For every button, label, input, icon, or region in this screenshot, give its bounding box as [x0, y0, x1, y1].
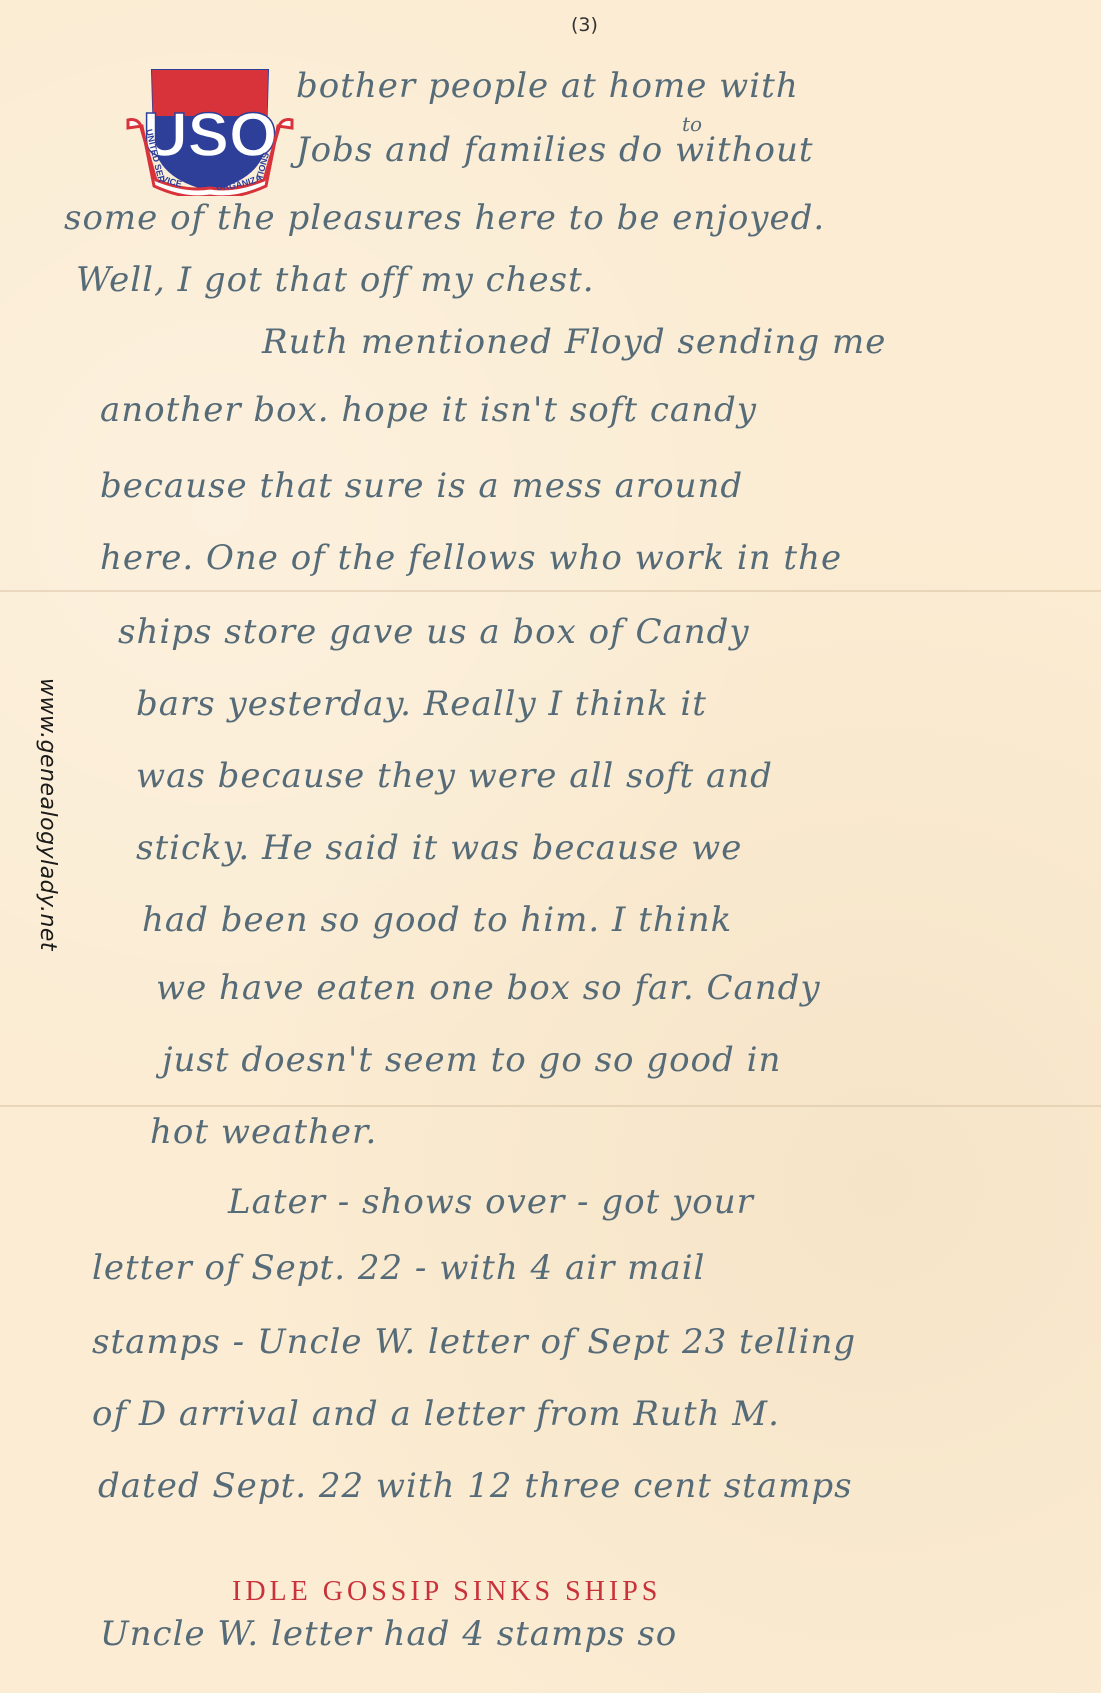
handwritten-line: some of the pleasures here to be enjoyed… [64, 198, 825, 238]
handwritten-line: Ruth mentioned Floyd sending me [262, 322, 886, 362]
handwritten-line: another box. hope it isn't soft candy [100, 390, 757, 430]
handwritten-line: Jobs and families do without [296, 130, 814, 170]
handwritten-line: sticky. He said it was because we [136, 828, 742, 868]
handwritten-line: ships store gave us a box of Candy [118, 612, 750, 652]
handwritten-line: bars yesterday. Really I think it [136, 684, 707, 724]
handwritten-line: because that sure is a mess around [100, 466, 743, 506]
logo-text: USO [143, 101, 277, 170]
handwritten-line: here. One of the fellows who work in the [100, 538, 842, 578]
uso-logo: USO UNITED SERVICE ORGANIZATIONS [126, 68, 294, 196]
handwritten-line: we have eaten one box so far. Candy [156, 968, 821, 1008]
handwritten-line: bother people at home with [296, 66, 799, 106]
handwritten-line: had been so good to him. I think [142, 900, 732, 940]
handwritten-line: stamps - Uncle W. letter of Sept 23 tell… [92, 1322, 856, 1362]
handwritten-line: hot weather. [150, 1112, 377, 1152]
paper-fold [0, 590, 1101, 592]
handwritten-line: Well, I got that off my chest. [76, 260, 595, 300]
paper-fold [0, 1105, 1101, 1107]
letter-page: (3) USO UNITED SERVICE ORGANIZATIONS www… [0, 0, 1101, 1693]
handwritten-line: of D arrival and a letter from Ruth M. [92, 1394, 780, 1434]
handwritten-line: dated Sept. 22 with 12 three cent stamps [98, 1466, 853, 1506]
handwritten-line: was because they were all soft and [136, 756, 773, 796]
page-number: (3) [571, 14, 598, 36]
handwritten-line: Uncle W. letter had 4 stamps so [100, 1614, 677, 1654]
handwritten-line: letter of Sept. 22 - with 4 air mail [92, 1248, 705, 1288]
footer-slogan: IDLE GOSSIP SINKS SHIPS [232, 1576, 661, 1608]
handwritten-line: Later - shows over - got your [228, 1182, 754, 1222]
website-watermark: www.genealogylady.net [35, 678, 60, 951]
handwritten-line: just doesn't seem to go so good in [162, 1040, 781, 1080]
